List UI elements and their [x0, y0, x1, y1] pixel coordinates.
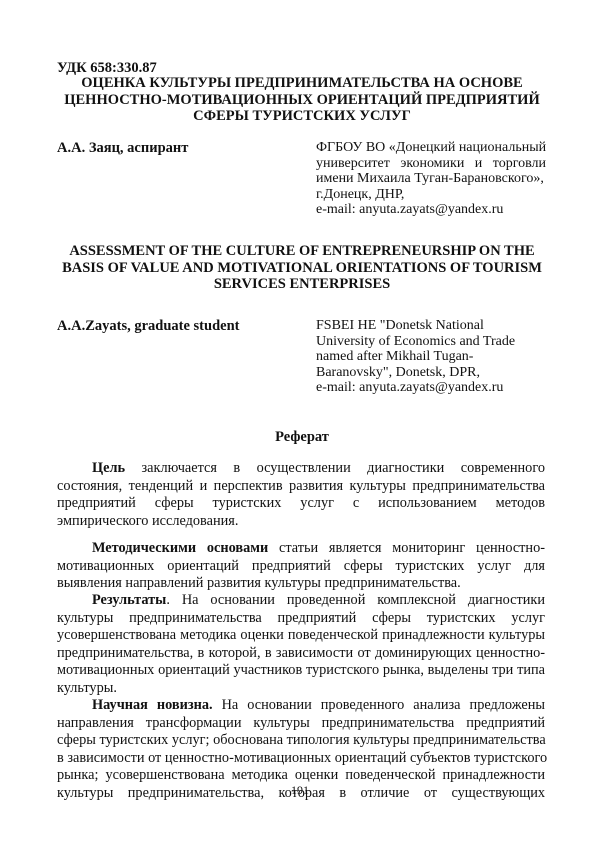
- paragraph-results: Результаты. На основании проведенной ком…: [57, 592, 545, 697]
- affiliation-line: г.Донецк, ДНР,: [316, 187, 546, 203]
- email-link[interactable]: e-mail: anyuta.zayats@yandex.ru: [316, 380, 546, 396]
- paragraph-lead: Научная новизна.: [92, 697, 213, 713]
- affiliation-english: FSBEI HE "Donetsk National University of…: [316, 318, 546, 396]
- affiliation-russian: ФГБОУ ВО «Донецкий национальный универси…: [316, 140, 546, 218]
- affiliation-line: имени Михаила Туган-Барановского»,: [316, 171, 546, 187]
- affiliation-line: ФГБОУ ВО «Донецкий национальный: [316, 140, 546, 156]
- paragraph-lead: Результаты: [92, 592, 166, 608]
- title-english: ASSESSMENT OF THE CULTURE OF ENTREPRENEU…: [57, 243, 547, 293]
- paragraph-goal: Цель заключается в осуществлении диагнос…: [57, 460, 545, 530]
- affiliation-line: университет экономики и торговли: [316, 156, 546, 172]
- page-number: 191: [0, 783, 600, 798]
- title-line: ASSESSMENT OF THE CULTURE OF ENTREPRENEU…: [57, 243, 547, 260]
- affiliation-line: FSBEI HE "Donetsk National: [316, 318, 546, 334]
- abstract-heading: Реферат: [57, 429, 547, 446]
- title-line: BASIS OF VALUE AND MOTIVATIONAL ORIENTAT…: [57, 260, 547, 277]
- paper-page: УДК 658:330.87 ОЦЕНКА КУЛЬТУРЫ ПРЕДПРИНИ…: [0, 0, 600, 848]
- title-line: СФЕРЫ ТУРИСТСКИХ УСЛУГ: [57, 108, 547, 125]
- paragraph-lead: Методическими основами: [92, 540, 268, 556]
- affiliation-line: University of Economics and Trade: [316, 334, 546, 350]
- paragraph-methods: Методическими основами статьи является м…: [57, 540, 545, 593]
- email-link[interactable]: e-mail: anyuta.zayats@yandex.ru: [316, 202, 546, 218]
- title-line: SERVICES ENTERPRISES: [57, 276, 547, 293]
- author-russian: А.А. Заяц, аспирант: [57, 140, 188, 157]
- author-english: A.A.Zayats, graduate student: [57, 318, 239, 335]
- title-russian: ОЦЕНКА КУЛЬТУРЫ ПРЕДПРИНИМАТЕЛЬСТВА НА О…: [57, 75, 547, 125]
- title-line: ОЦЕНКА КУЛЬТУРЫ ПРЕДПРИНИМАТЕЛЬСТВА НА О…: [57, 75, 547, 92]
- affiliation-line: named after Mikhail Tugan-: [316, 349, 546, 365]
- affiliation-line: Baranovsky", Donetsk, DPR,: [316, 365, 546, 381]
- paragraph-lead: Цель: [92, 460, 125, 476]
- title-line: ЦЕННОСТНО-МОТИВАЦИОННЫХ ОРИЕНТАЦИЙ ПРЕДП…: [57, 92, 547, 109]
